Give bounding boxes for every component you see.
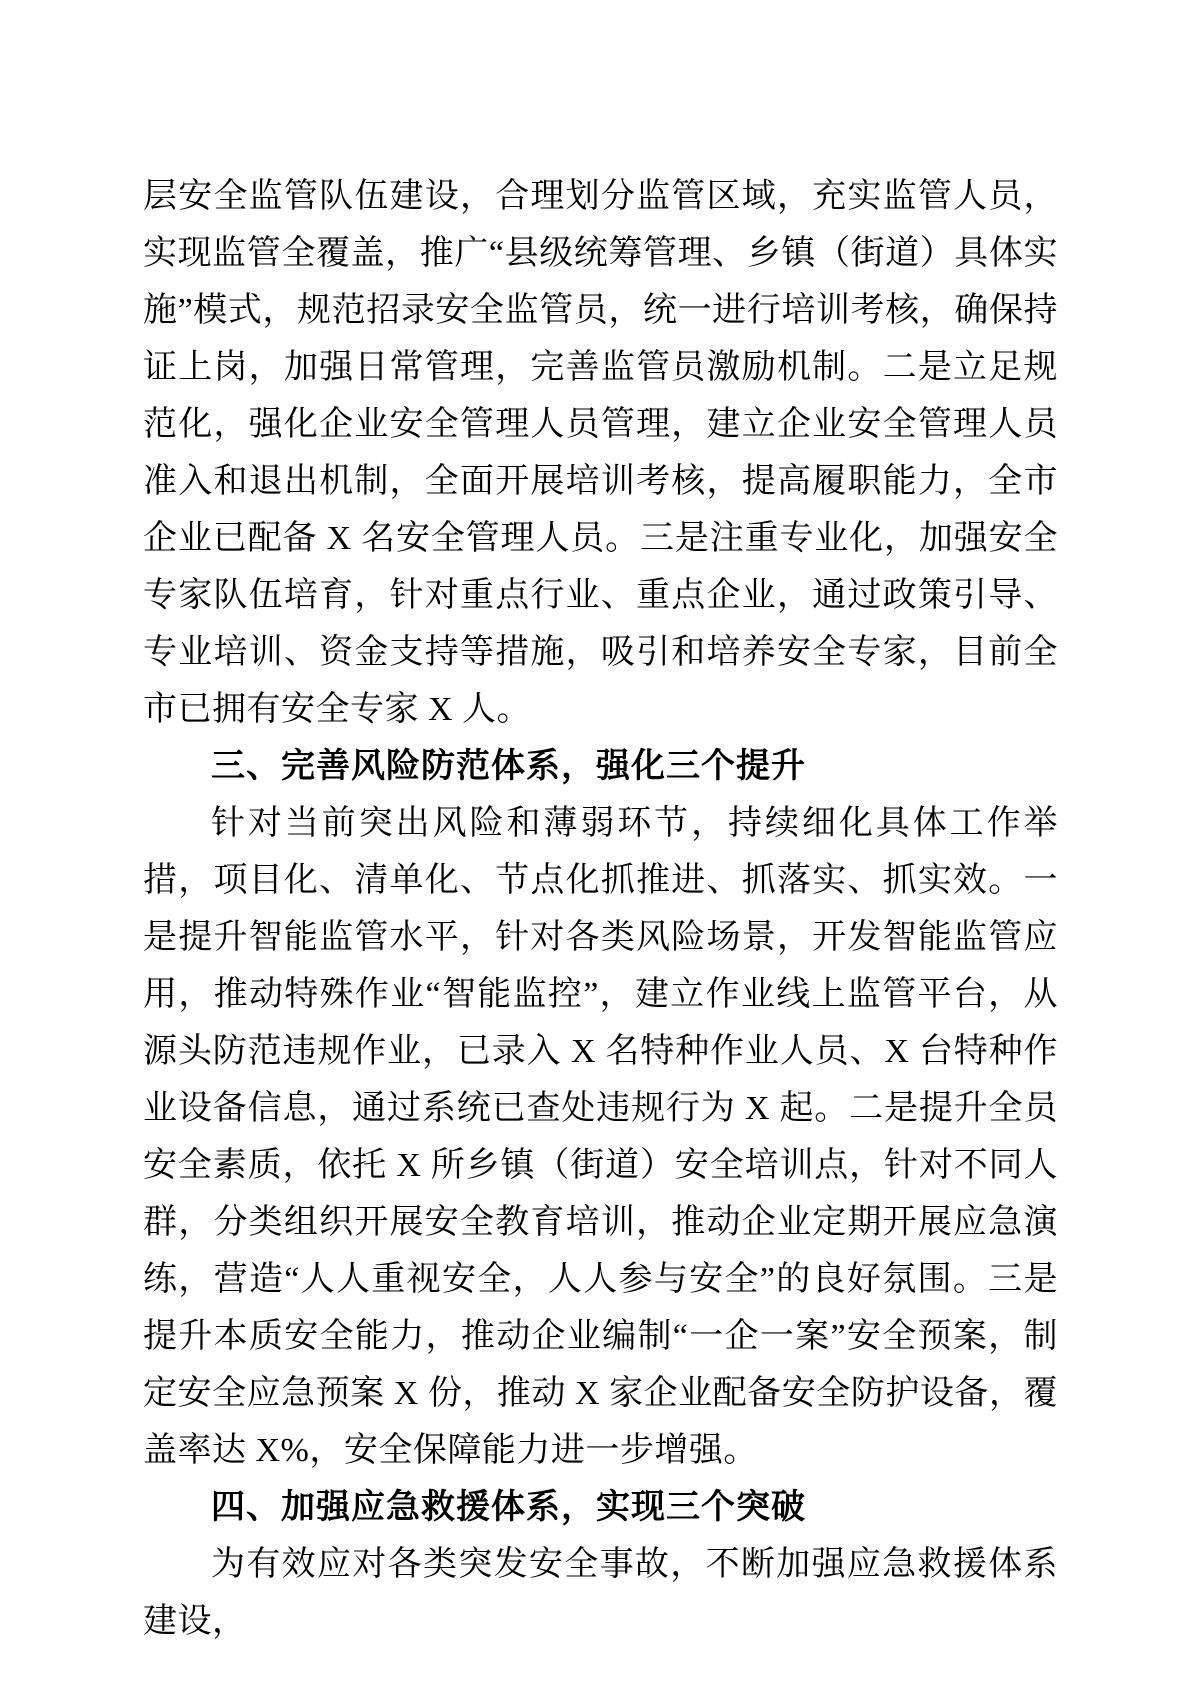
- body-paragraph: 为有效应对各类突发安全事故，不断加强应急救援体系建设，: [143, 1536, 1058, 1650]
- document-page: 层安全监管队伍建设，合理划分监管区域，充实监管人员，实现监管全覆盖，推广“县级统…: [0, 0, 1190, 1683]
- body-paragraph: 层安全监管队伍建设，合理划分监管区域，充实监管人员，实现监管全覆盖，推广“县级统…: [143, 168, 1058, 738]
- document-content: 层安全监管队伍建设，合理划分监管区域，充实监管人员，实现监管全覆盖，推广“县级统…: [143, 168, 1058, 1650]
- section-heading: 三、完善风险防范体系，强化三个提升: [143, 738, 1058, 795]
- section-heading: 四、加强应急救援体系，实现三个突破: [143, 1479, 1058, 1536]
- body-paragraph: 针对当前突出风险和薄弱环节，持续细化具体工作举措，项目化、清单化、节点化抓推进、…: [143, 795, 1058, 1479]
